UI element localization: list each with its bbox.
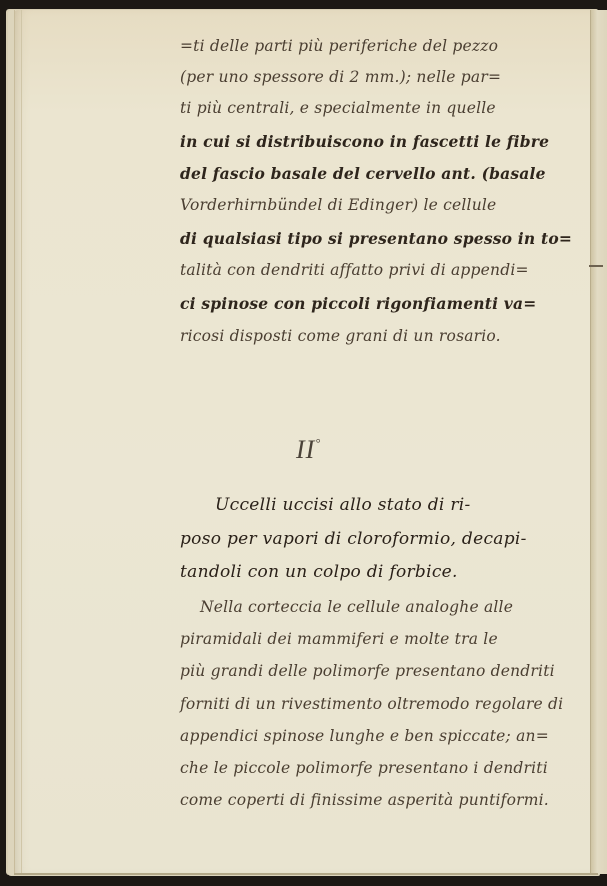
paragraph-1-line: Vorderhirnbündel di Edinger) le cellule	[180, 196, 496, 214]
section-ordinal-mark: °	[315, 436, 321, 450]
paragraph-1-line: ci spinose con piccoli rigonfiamenti va=	[180, 294, 536, 313]
page-edge-lines	[14, 10, 22, 874]
paragraph-1-line: in cui si distribuiscono in fascetti le …	[180, 132, 549, 151]
section-number-roman: II	[296, 435, 315, 464]
paragraph-2-line: Nella corteccia le cellule analoghe alle	[200, 598, 513, 616]
section-heading-line: poso per vapori di cloroformio, decapi-	[180, 529, 527, 549]
paragraph-1-line: del fascio basale del cervello ant. (bas…	[180, 164, 546, 183]
paragraph-1-line: talità con dendriti affatto privi di app…	[180, 261, 529, 279]
paragraph-2-line: piramidali dei mammiferi e molte tra le	[180, 630, 498, 648]
paragraph-2-line: più grandi delle polimorfe presentano de…	[180, 662, 555, 680]
facing-page-edge	[590, 10, 607, 874]
paragraph-1-line: di qualsiasi tipo si presentano spesso i…	[180, 229, 572, 248]
page-bottom-edge	[14, 873, 598, 875]
paragraph-2-line: appendici spinose lunghe e ben spiccate;…	[180, 727, 549, 745]
paragraph-1-line: ricosi disposti come grani di un rosario…	[180, 327, 501, 345]
paragraph-1-line: (per uno spessore di 2 mm.); nelle par=	[180, 68, 501, 86]
paragraph-1-line: =ti delle parti più periferiche del pezz…	[180, 37, 498, 55]
paragraph-2-line: forniti di un rivestimento oltremodo reg…	[180, 695, 563, 713]
paragraph-2-line: come coperti di finissime asperità punti…	[180, 791, 549, 809]
section-heading-line: tandoli con un colpo di forbice.	[180, 562, 458, 582]
section-heading-line: Uccelli uccisi allo stato di ri-	[215, 495, 471, 515]
paragraph-1-line: ti più centrali, e specialmente in quell…	[180, 99, 496, 117]
paragraph-2-line: che le piccole polimorfe presentano i de…	[180, 759, 548, 777]
edge-mark	[589, 265, 603, 267]
section-number: II°	[296, 435, 321, 465]
